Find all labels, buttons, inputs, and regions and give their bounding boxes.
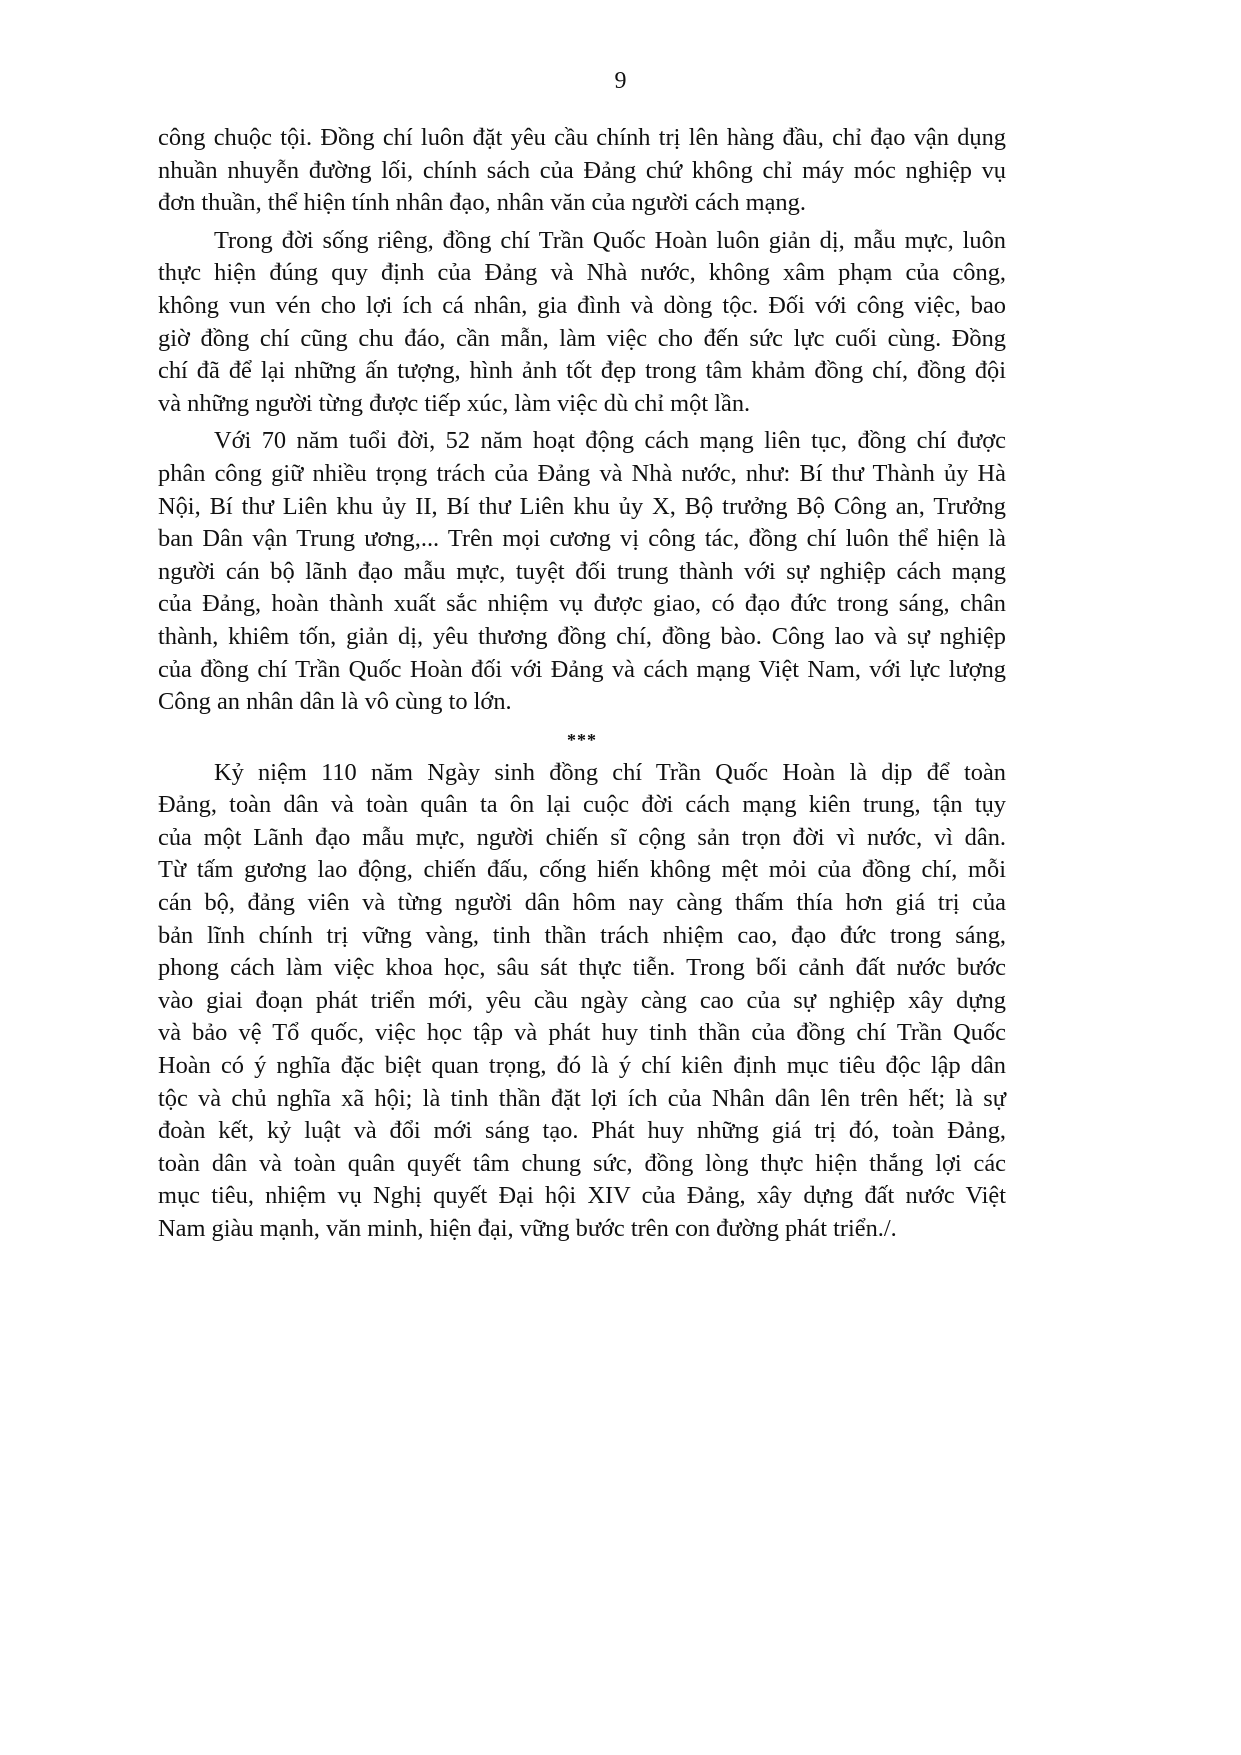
text-line: vào giai đoạn phát triển mới, yêu cầu ng… xyxy=(158,985,1006,1018)
text-line: thành, khiêm tốn, giản dị, yêu thương đồ… xyxy=(158,621,1006,654)
text-line: Nam giàu mạnh, văn minh, hiện đại, vững … xyxy=(158,1213,1006,1246)
paragraph-career: Với 70 năm tuổi đời, 52 năm hoạt động cá… xyxy=(158,425,1006,718)
text-line: của đồng chí Trần Quốc Hoàn đối với Đảng… xyxy=(158,654,1006,687)
document-body: công chuộc tội. Đồng chí luôn đặt yêu cầ… xyxy=(158,122,1006,1246)
text-line: Kỷ niệm 110 năm Ngày sinh đồng chí Trần … xyxy=(158,757,1006,790)
text-line: Nội, Bí thư Liên khu ủy II, Bí thư Liên … xyxy=(158,491,1006,524)
text-line: và bảo vệ Tổ quốc, việc học tập và phát … xyxy=(158,1017,1006,1050)
text-line: cán bộ, đảng viên và từng người dân hôm … xyxy=(158,887,1006,920)
paragraph-closing: Kỷ niệm 110 năm Ngày sinh đồng chí Trần … xyxy=(158,757,1006,1246)
paragraph-continuation: công chuộc tội. Đồng chí luôn đặt yêu cầ… xyxy=(158,122,1006,220)
text-line: bản lĩnh chính trị vững vàng, tinh thần … xyxy=(158,920,1006,953)
page-number: 9 xyxy=(0,66,1241,96)
text-line: Đảng, toàn dân và toàn quân ta ôn lại cu… xyxy=(158,789,1006,822)
text-line: nhuần nhuyễn đường lối, chính sách của Đ… xyxy=(158,155,1006,188)
text-line: của Đảng, hoàn thành xuất sắc nhiệm vụ đ… xyxy=(158,588,1006,621)
paragraph-private-life: Trong đời sống riêng, đồng chí Trần Quốc… xyxy=(158,225,1006,421)
text-line: tộc và chủ nghĩa xã hội; là tinh thần đặ… xyxy=(158,1083,1006,1116)
text-line: đoàn kết, kỷ luật và đổi mới sáng tạo. P… xyxy=(158,1115,1006,1148)
text-line: đơn thuần, thể hiện tính nhân đạo, nhân … xyxy=(158,187,1006,220)
text-line: giờ đồng chí cũng chu đáo, cần mẫn, làm … xyxy=(158,323,1006,356)
text-line: Với 70 năm tuổi đời, 52 năm hoạt động cá… xyxy=(158,425,1006,458)
text-line: Hoàn có ý nghĩa đặc biệt quan trọng, đó … xyxy=(158,1050,1006,1083)
text-line: không vun vén cho lợi ích cá nhân, gia đ… xyxy=(158,290,1006,323)
text-line: Từ tấm gương lao động, chiến đấu, cống h… xyxy=(158,854,1006,887)
text-line: phong cách làm việc khoa học, sâu sát th… xyxy=(158,952,1006,985)
text-line: và những người từng được tiếp xúc, làm v… xyxy=(158,388,1006,421)
text-line: thực hiện đúng quy định của Đảng và Nhà … xyxy=(158,257,1006,290)
text-line: phân công giữ nhiều trọng trách của Đảng… xyxy=(158,458,1006,491)
text-line: mục tiêu, nhiệm vụ Nghị quyết Đại hội XI… xyxy=(158,1180,1006,1213)
text-line: chí đã để lại những ấn tượng, hình ảnh t… xyxy=(158,355,1006,388)
text-line: toàn dân và toàn quân quyết tâm chung sứ… xyxy=(158,1148,1006,1181)
text-line: của một Lãnh đạo mẫu mực, người chiến sĩ… xyxy=(158,822,1006,855)
text-line: Trong đời sống riêng, đồng chí Trần Quốc… xyxy=(158,225,1006,258)
text-line: người cán bộ lãnh đạo mẫu mực, tuyệt đối… xyxy=(158,556,1006,589)
text-line: Công an nhân dân là vô cùng to lớn. xyxy=(158,686,1006,719)
text-line: ban Dân vận Trung ương,... Trên mọi cươn… xyxy=(158,523,1006,556)
section-separator: *** xyxy=(158,729,1006,751)
text-line: công chuộc tội. Đồng chí luôn đặt yêu cầ… xyxy=(158,122,1006,155)
